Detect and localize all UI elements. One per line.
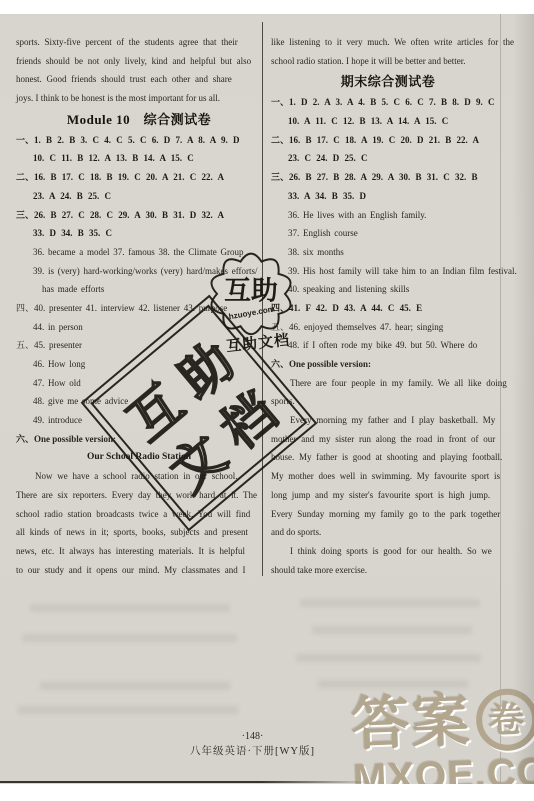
text-line: and do sports. bbox=[271, 523, 505, 542]
text-line: 36. He lives with an English family. bbox=[271, 206, 505, 225]
text-line: 一、1. B 2. B 3. C 4. C 5. C 6. D 7. A 8. … bbox=[16, 131, 262, 150]
text-line: all kinds of news in it; sports, books, … bbox=[16, 523, 262, 542]
text-line: school radio station broadcasts twice a … bbox=[16, 505, 262, 524]
text-line: I think doing sports is good for our hea… bbox=[271, 542, 505, 561]
cloud-stamp-site: hzuoye.com bbox=[228, 304, 275, 321]
text-line: My mother does well in swimming. My favo… bbox=[271, 467, 505, 486]
text-line: 23. A 24. B 25. C bbox=[16, 187, 262, 206]
text-line: 三、26. B 27. B 28. A 29. A 30. B 31. C 32… bbox=[271, 168, 505, 187]
text-line: 一、1. D 2. A 3. A 4. B 5. C 6. C 7. B 8. … bbox=[271, 93, 505, 112]
bleed-through bbox=[318, 680, 468, 688]
bleed-through bbox=[30, 604, 230, 612]
text-line: to our study and it opens our mind. My c… bbox=[16, 561, 262, 580]
bleed-through bbox=[40, 682, 230, 690]
text-line: 三、26. B 27. C 28. C 29. A 30. B 31. D 32… bbox=[16, 206, 262, 225]
text-line: mother and my sister run along the road … bbox=[271, 430, 505, 449]
logo-circle-icon: 卷 bbox=[475, 688, 534, 752]
scanned-answer-page: sports. Sixty-five percent of the studen… bbox=[0, 0, 534, 801]
logo-char: 答 bbox=[350, 693, 412, 755]
text-line: 33. A 34. B 35. D bbox=[271, 187, 505, 206]
text-line: should take more exercise. bbox=[271, 561, 505, 580]
text-line: sports. bbox=[271, 392, 505, 411]
text-line: house. My father is good at shooting and… bbox=[271, 448, 505, 467]
text-line: 二、16. B 17. C 18. B 19. C 20. A 21. C 22… bbox=[16, 168, 262, 187]
logo-circle-char: 卷 bbox=[487, 689, 527, 750]
text-line: honest. Good friends should trust each o… bbox=[16, 70, 262, 89]
text-line: 10. C 11. B 12. A 13. B 14. A 15. C bbox=[16, 149, 262, 168]
logo-char: 案 bbox=[410, 691, 472, 753]
text-line: Module 10 综合测试卷 bbox=[16, 108, 262, 131]
text-line: news, etc. It always has interesting mat… bbox=[16, 542, 262, 561]
text-line: 37. English course bbox=[271, 224, 505, 243]
text-line: 期末综合测试卷 bbox=[271, 70, 505, 93]
page-bottom-edge bbox=[0, 781, 372, 783]
bleed-through bbox=[296, 654, 481, 662]
text-line: 二、16. B 17. C 18. A 19. C 20. D 21. B 22… bbox=[271, 131, 505, 150]
text-line: Every Sunday morning my family go to the… bbox=[271, 505, 505, 524]
text-line: 23. C 24. D 25. C bbox=[271, 149, 505, 168]
text-line: school radio station. I hope it will be … bbox=[271, 52, 505, 71]
bleed-through bbox=[300, 599, 480, 607]
paper-page: sports. Sixty-five percent of the studen… bbox=[0, 14, 534, 784]
text-line: long jump and my sister's favourite spor… bbox=[271, 486, 505, 505]
brand-logo: 答 案 卷 MXQE.COM bbox=[350, 686, 534, 784]
text-line: 33. D 34. B 35. C bbox=[16, 224, 262, 243]
cloud-stamp-text: 互助 bbox=[224, 274, 278, 305]
bleed-through bbox=[312, 626, 472, 634]
text-line: like listening to it very much. We often… bbox=[271, 33, 505, 52]
bleed-through bbox=[22, 634, 237, 642]
text-line: friends should be not only lively, kind … bbox=[16, 52, 262, 71]
text-line: sports. Sixty-five percent of the studen… bbox=[16, 33, 262, 52]
bleed-through bbox=[18, 706, 238, 714]
text-line: joys. I think to be honest is the most i… bbox=[16, 89, 262, 108]
brand-logo-name: 答 案 卷 bbox=[350, 686, 534, 756]
text-line: 六、One possible version: bbox=[271, 355, 505, 374]
text-line: 10. A 11. C 12. B 13. A 14. A 15. C bbox=[271, 112, 505, 131]
text-line: There are four people in my family. We a… bbox=[271, 374, 505, 393]
